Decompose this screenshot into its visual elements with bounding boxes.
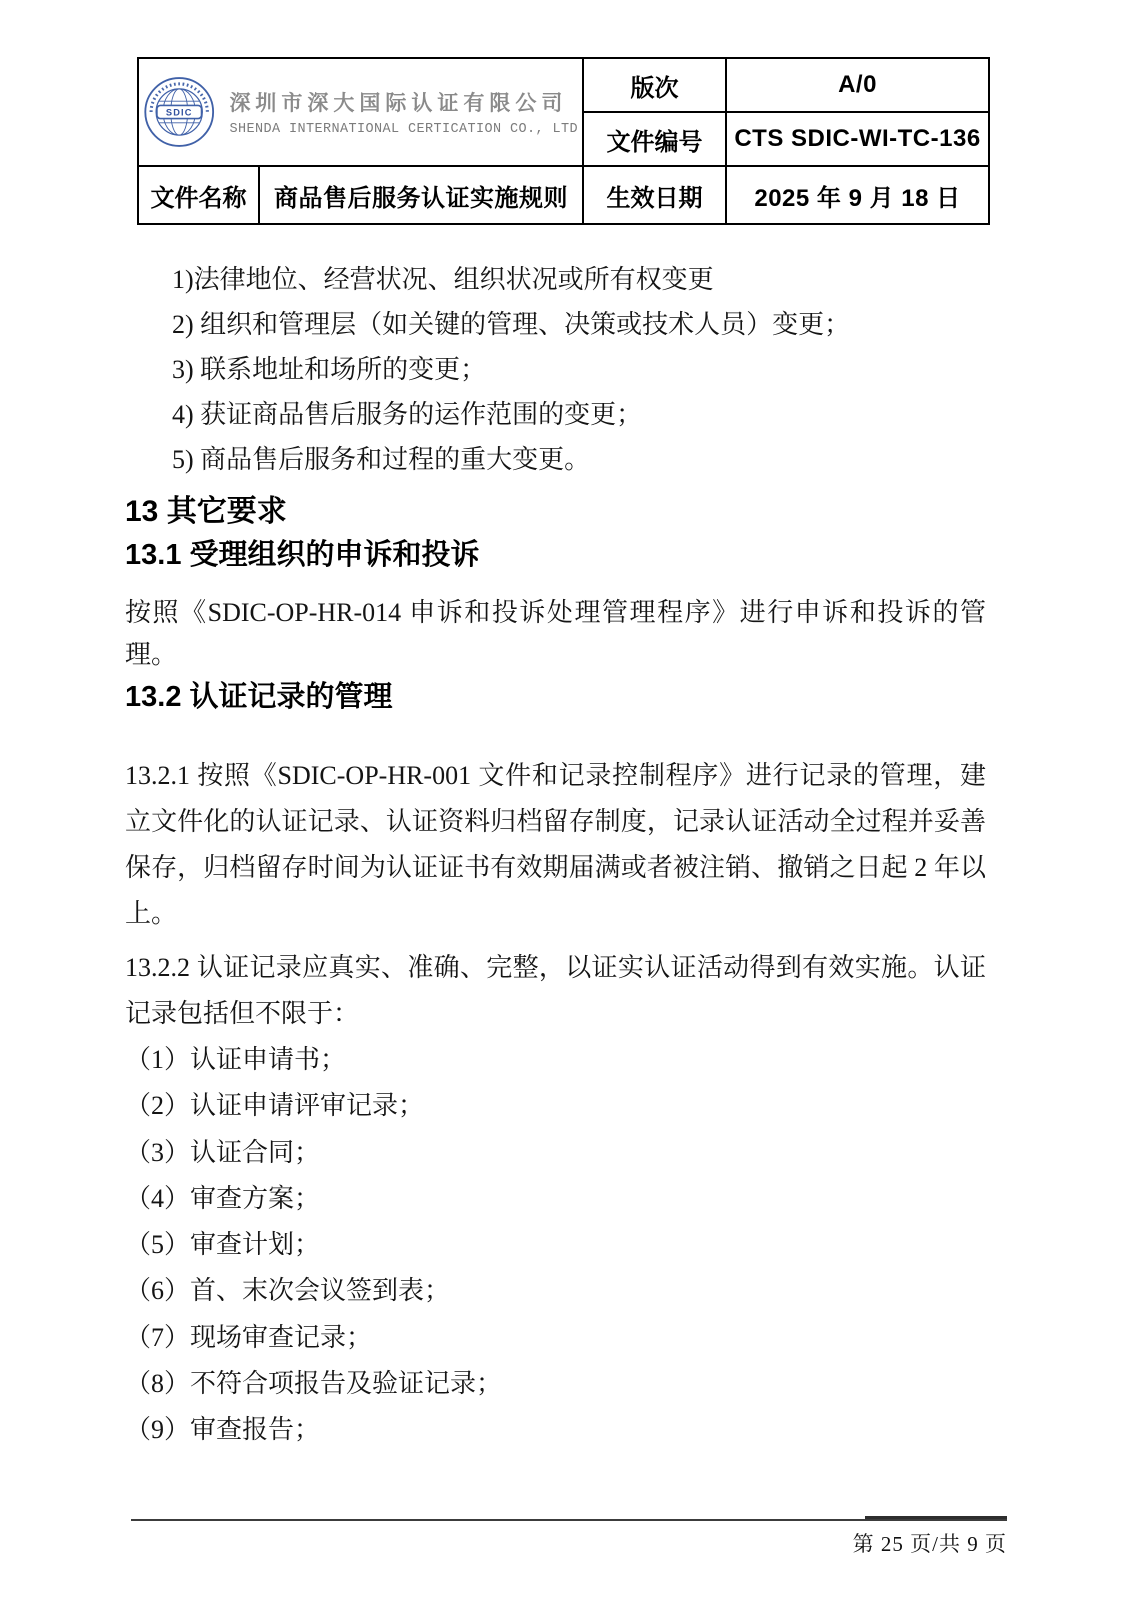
footer-divider (131, 1519, 1007, 1521)
doc-name-value: 商品售后服务认证实施规则 (259, 166, 583, 224)
document-page: SDIC 深圳市深大国际认证有限公司 SHENDA INTERNATIONAL … (0, 0, 1131, 1600)
change-list-item: 3) 联系地址和场所的变更； (125, 347, 986, 392)
company-logo-icon: SDIC (143, 65, 215, 159)
section-heading-13-1: 13.1 受理组织的申诉和投诉 (125, 534, 986, 576)
record-list-item: （8）不符合项报告及验证记录； (125, 1361, 986, 1407)
record-list-item: （1）认证申请书； (125, 1037, 986, 1083)
record-list: （1）认证申请书； （2）认证申请评审记录； （3）认证合同； （4）审查方案；… (125, 1037, 986, 1454)
version-label: 版次 (583, 58, 726, 112)
change-list-item: 5) 商品售后服务和过程的重大变更。 (125, 437, 986, 482)
change-list-item: 4) 获证商品售后服务的运作范围的变更； (125, 392, 986, 437)
logo-cell: SDIC 深圳市深大国际认证有限公司 SHENDA INTERNATIONAL … (138, 58, 583, 166)
record-list-item: （5）审查计划； (125, 1222, 986, 1268)
record-list-item: （6）首、末次会议签到表； (125, 1268, 986, 1314)
record-list-item: （7）现场审查记录； (125, 1315, 986, 1361)
paragraph-13-2-2: 13.2.2 认证记录应真实、准确、完整，以证实认证活动得到有效实施。认证记录包… (125, 945, 986, 1037)
doc-number-value: CTS SDIC-WI-TC-136 (726, 112, 989, 166)
footer-divider-accent (865, 1516, 1007, 1519)
document-header-table: SDIC 深圳市深大国际认证有限公司 SHENDA INTERNATIONAL … (137, 57, 990, 225)
version-value: A/0 (726, 58, 989, 112)
record-list-item: （2）认证申请评审记录； (125, 1083, 986, 1129)
effective-date-value: 2025 年 9 月 18 日 (726, 166, 989, 224)
company-name-cn: 深圳市深大国际认证有限公司 (229, 87, 578, 117)
company-name-en: SHENDA INTERNATIONAL CERTICATION CO., LT… (229, 122, 578, 137)
company-names: 深圳市深大国际认证有限公司 SHENDA INTERNATIONAL CERTI… (229, 87, 578, 137)
change-list-item: 2) 组织和管理层（如关键的管理、决策或技术人员）变更； (125, 302, 986, 347)
paragraph-13-1: 按照《SDIC-OP-HR-014 申诉和投诉处理管理程序》进行申诉和投诉的管理… (125, 592, 986, 676)
change-list-item: 1)法律地位、经营状况、组织状况或所有权变更 (125, 257, 986, 302)
record-list-item: （4）审查方案； (125, 1176, 986, 1222)
page-indicator: 第 25 页/共 9 页 (131, 1528, 1007, 1558)
company-logo-block: SDIC 深圳市深大国际认证有限公司 SHENDA INTERNATIONAL … (139, 59, 582, 165)
paragraph-13-2-1: 13.2.1 按照《SDIC-OP-HR-001 文件和记录控制程序》进行记录的… (125, 753, 986, 937)
logo-emblem-text: SDIC (166, 107, 193, 117)
document-body: 1)法律地位、经营状况、组织状况或所有权变更 2) 组织和管理层（如关键的管理、… (125, 257, 986, 1454)
change-list: 1)法律地位、经营状况、组织状况或所有权变更 2) 组织和管理层（如关键的管理、… (125, 257, 986, 482)
footer: 第 25 页/共 9 页 (131, 1519, 1007, 1558)
section-heading-13: 13 其它要求 (125, 490, 986, 534)
doc-number-label: 文件编号 (583, 112, 726, 166)
record-list-item: （9）审查报告； (125, 1407, 986, 1453)
effective-date-label: 生效日期 (583, 166, 726, 224)
record-list-item: （3）认证合同； (125, 1130, 986, 1176)
section-heading-13-2: 13.2 认证记录的管理 (125, 676, 986, 718)
doc-name-label: 文件名称 (138, 166, 259, 224)
